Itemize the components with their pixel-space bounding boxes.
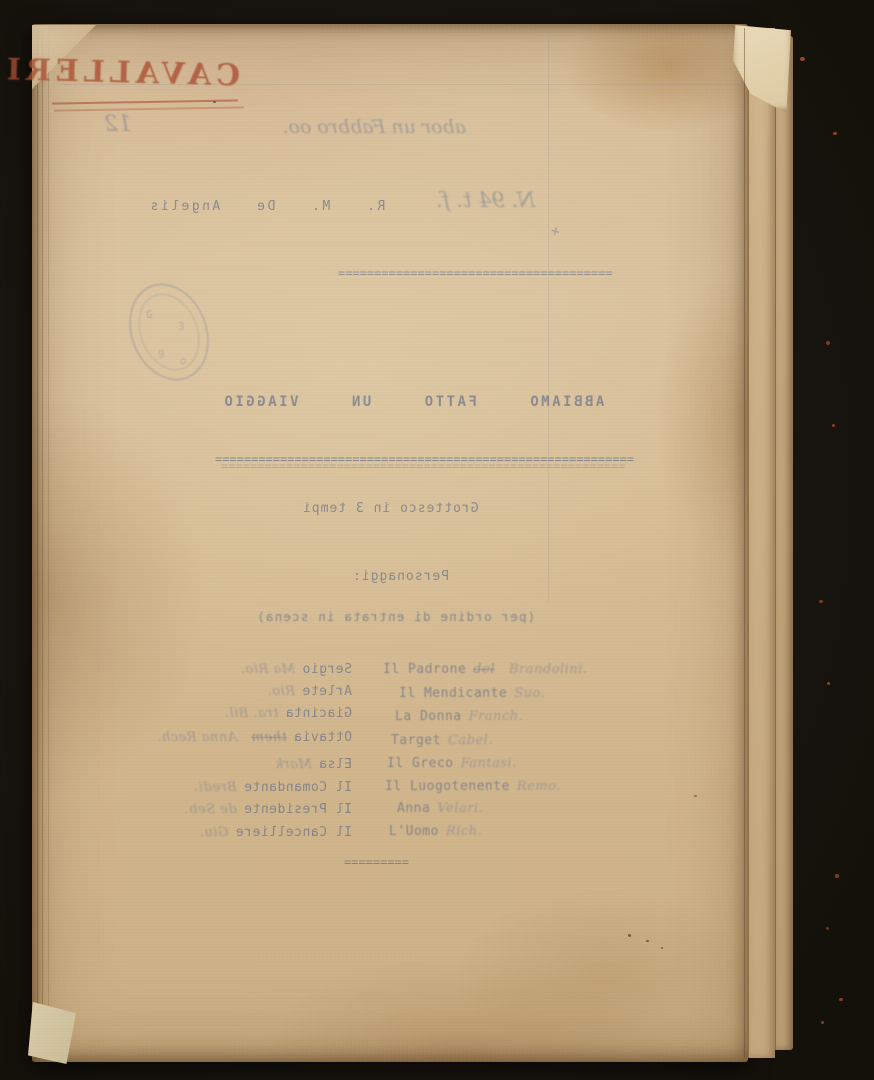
handwritten-actor-name: Bredi. bbox=[194, 780, 237, 795]
cast-row: OttaviathemAnna Rech. bbox=[148, 730, 352, 750]
handwritten-actor-name: Mark bbox=[275, 757, 312, 772]
stamp-letter: G bbox=[146, 308, 153, 321]
cast-role: Anna bbox=[397, 801, 430, 816]
cast-order-note: (per ordine di entrata in scena) bbox=[256, 609, 535, 624]
cast-row: Il ComandanteBredi. bbox=[148, 780, 352, 800]
handwritten-actor-name: Velari. bbox=[437, 801, 483, 816]
cast-row: Il GrecoFantasi. bbox=[387, 756, 687, 776]
paper-speck bbox=[826, 927, 829, 930]
cast-row: Giacintatra. Bil. bbox=[148, 706, 352, 726]
typed-divider-echo: ========================================… bbox=[221, 459, 626, 473]
cast-row: Il CancelliereGiu. bbox=[148, 825, 352, 845]
cast-row: TargetCabel. bbox=[391, 733, 691, 753]
cast-row: Il LuogotenenteRemo. bbox=[385, 779, 685, 799]
cast-role: Target bbox=[391, 733, 441, 748]
cast-role: Sergio bbox=[302, 662, 352, 677]
cast-row: ArleteRio. bbox=[148, 684, 352, 704]
stamp-letter: 3 bbox=[178, 320, 185, 333]
struck-annotation: them bbox=[251, 730, 287, 745]
cast-role: Il Padrone bbox=[383, 662, 466, 677]
cast-role: Ottavia bbox=[294, 730, 352, 745]
paper-speck bbox=[833, 132, 837, 135]
paper-speck bbox=[661, 947, 663, 949]
author-name: R. M. De Angelis bbox=[148, 199, 385, 214]
handwritten-actor-name: Brandolini. bbox=[509, 662, 588, 677]
paper-speck bbox=[826, 341, 830, 345]
stacked-page-edge bbox=[37, 34, 38, 1052]
stacked-page-edge bbox=[42, 34, 43, 1052]
paper-speck bbox=[800, 57, 805, 61]
paper-speck bbox=[827, 682, 830, 685]
handwritten-actor-name: tra. Bil. bbox=[224, 706, 278, 721]
vertical-crease bbox=[548, 30, 549, 602]
cast-role: Il Presidente bbox=[244, 802, 352, 817]
cast-role: Elsa bbox=[319, 757, 352, 772]
cast-role: L'Uomo bbox=[389, 824, 439, 839]
cast-heading: Personaggi: bbox=[352, 569, 449, 584]
handwritten-actor-name: de Seb. bbox=[184, 802, 237, 817]
cast-row: L'UomoRich. bbox=[389, 824, 689, 844]
handwritten-actor-name: Franch. bbox=[469, 709, 524, 724]
under-sheet-edge bbox=[775, 36, 793, 1050]
typed-divider: ====================================== bbox=[338, 266, 613, 280]
paper-speck bbox=[694, 795, 697, 797]
cast-role: La Donna bbox=[395, 709, 462, 724]
handwritten-author-note: N. 94 t. f. bbox=[436, 188, 535, 212]
manuscript-page bbox=[32, 24, 748, 1062]
cast-row: SergioMa Rio. bbox=[148, 662, 352, 682]
handwritten-actor-name: Anna Rech. bbox=[157, 730, 237, 745]
handwritten-actor-name: Cabel. bbox=[448, 733, 493, 748]
cast-role: Il Mendicante bbox=[399, 686, 507, 701]
paper-speck bbox=[819, 600, 823, 603]
fold-line bbox=[744, 28, 745, 1058]
handwritten-actor-name: Ma Rio. bbox=[241, 662, 295, 677]
cast-row: Il MendicanteSuo. bbox=[399, 686, 699, 706]
handwritten-actor-name: Suo. bbox=[514, 686, 545, 701]
stamp-letter: o bbox=[180, 354, 187, 367]
paper-speck bbox=[213, 101, 216, 103]
cast-role: Arlete bbox=[302, 684, 352, 699]
handwritten-annotation-line: abor un Fabbro oo. bbox=[146, 116, 466, 138]
typed-divider-bottom: ========= bbox=[344, 855, 409, 869]
handwritten-actor-name: Giu. bbox=[199, 825, 228, 840]
cast-row: ElsaMark bbox=[148, 757, 352, 777]
cast-role: Il Comandante bbox=[244, 780, 352, 795]
paper-speck bbox=[839, 998, 843, 1001]
handwritten-actor-name: Rich. bbox=[446, 824, 482, 839]
handwritten-actor-name: Rio. bbox=[267, 684, 295, 699]
play-title: ABBIAMO FATTO UN VIAGGIO bbox=[222, 394, 604, 410]
cast-row: Il PadronedelBrandolini. bbox=[383, 662, 683, 682]
handwritten-actor-name: Remo. bbox=[517, 779, 561, 794]
genre-line: Grottesco in 3 tempi bbox=[302, 501, 479, 516]
cast-row: Il Presidentede Seb. bbox=[148, 802, 352, 822]
paper-speck bbox=[628, 934, 631, 937]
stamp-letter: 9 bbox=[158, 348, 165, 361]
faded-oval-stamp: G 3 9 o bbox=[116, 276, 222, 388]
cast-row: AnnaVelari. bbox=[397, 801, 697, 821]
cast-row: La DonnaFranch. bbox=[395, 709, 695, 729]
handwritten-page-number: 12 bbox=[104, 112, 132, 137]
photograph-dark-mount: { "document": { "author_line": "R. M. De… bbox=[0, 0, 874, 1080]
under-sheet-edge bbox=[748, 28, 775, 1058]
cast-role: Il Greco bbox=[387, 756, 454, 771]
paper-speck bbox=[835, 874, 839, 878]
struck-annotation: del bbox=[473, 662, 495, 677]
stacked-page-edge bbox=[48, 34, 49, 1052]
handwritten-actor-name: Fantasi. bbox=[461, 756, 517, 771]
cast-role: Il Luogotenente bbox=[385, 779, 510, 794]
paper-speck bbox=[821, 1021, 824, 1024]
handwritten-cover-name: CAVALLERI bbox=[52, 54, 241, 94]
cast-role: Il Cancelliere bbox=[235, 825, 352, 840]
cast-role: Giacinta bbox=[285, 706, 352, 721]
paper-speck bbox=[832, 424, 835, 427]
paper-speck bbox=[646, 940, 649, 942]
